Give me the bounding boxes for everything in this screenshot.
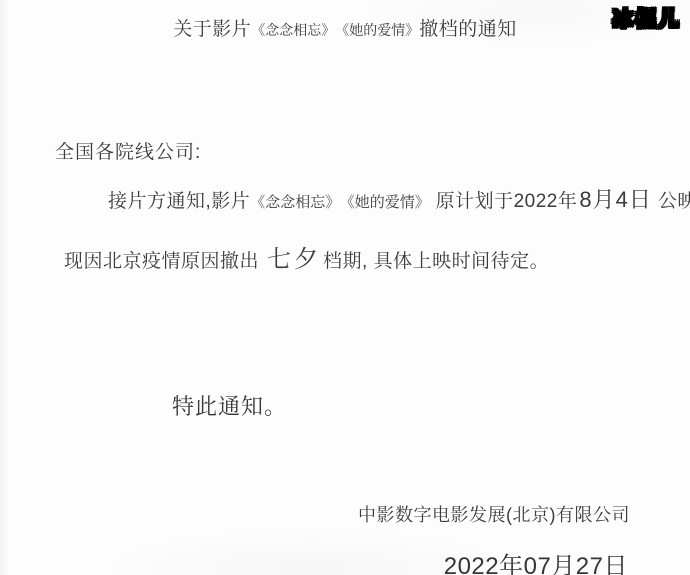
document-title: 关于影片《念念相忘》《她的爱情》撤档的通知	[0, 14, 690, 41]
line1-tail: 公映,	[658, 191, 690, 212]
line1-mid: 原计划于2022年	[436, 191, 578, 212]
line1-release-date: 8月4日	[579, 187, 651, 212]
line1-film1: 《念念相忘》	[250, 194, 340, 211]
signature-company: 中影数字电影发展(北京)有限公司	[358, 501, 630, 527]
line1-film2: 《她的爱情》	[347, 194, 430, 211]
line2-festival: 七夕	[267, 246, 321, 273]
body-line-1: 接片方通知,影片《念念相忘》《她的爱情》 原计划于2022年8月4日公映,	[108, 183, 690, 214]
body-line-2: 现因北京疫情原因撤出七夕档期, 具体上映时间待定。	[64, 239, 549, 274]
notice-document: 冰棍儿 关于影片《念念相忘》《她的爱情》撤档的通知 全国各院线公司: 接片方通知…	[0, 0, 690, 575]
title-prefix: 关于影片	[173, 19, 251, 40]
line1-lead: 接片方通知,影片	[108, 191, 250, 212]
signature-date: 2022年07月27日	[444, 546, 628, 575]
title-film2: 《她的爱情》	[342, 22, 419, 38]
title-film1: 《念念相忘》	[251, 22, 335, 38]
salutation: 全国各院线公司:	[55, 137, 201, 164]
line2-tail: 档期, 具体上映时间待定。	[323, 251, 549, 272]
line2-lead: 现因北京疫情原因撤出	[64, 251, 259, 272]
title-suffix: 撤档的通知	[419, 19, 517, 40]
closing-statement: 特此通知。	[172, 390, 287, 421]
